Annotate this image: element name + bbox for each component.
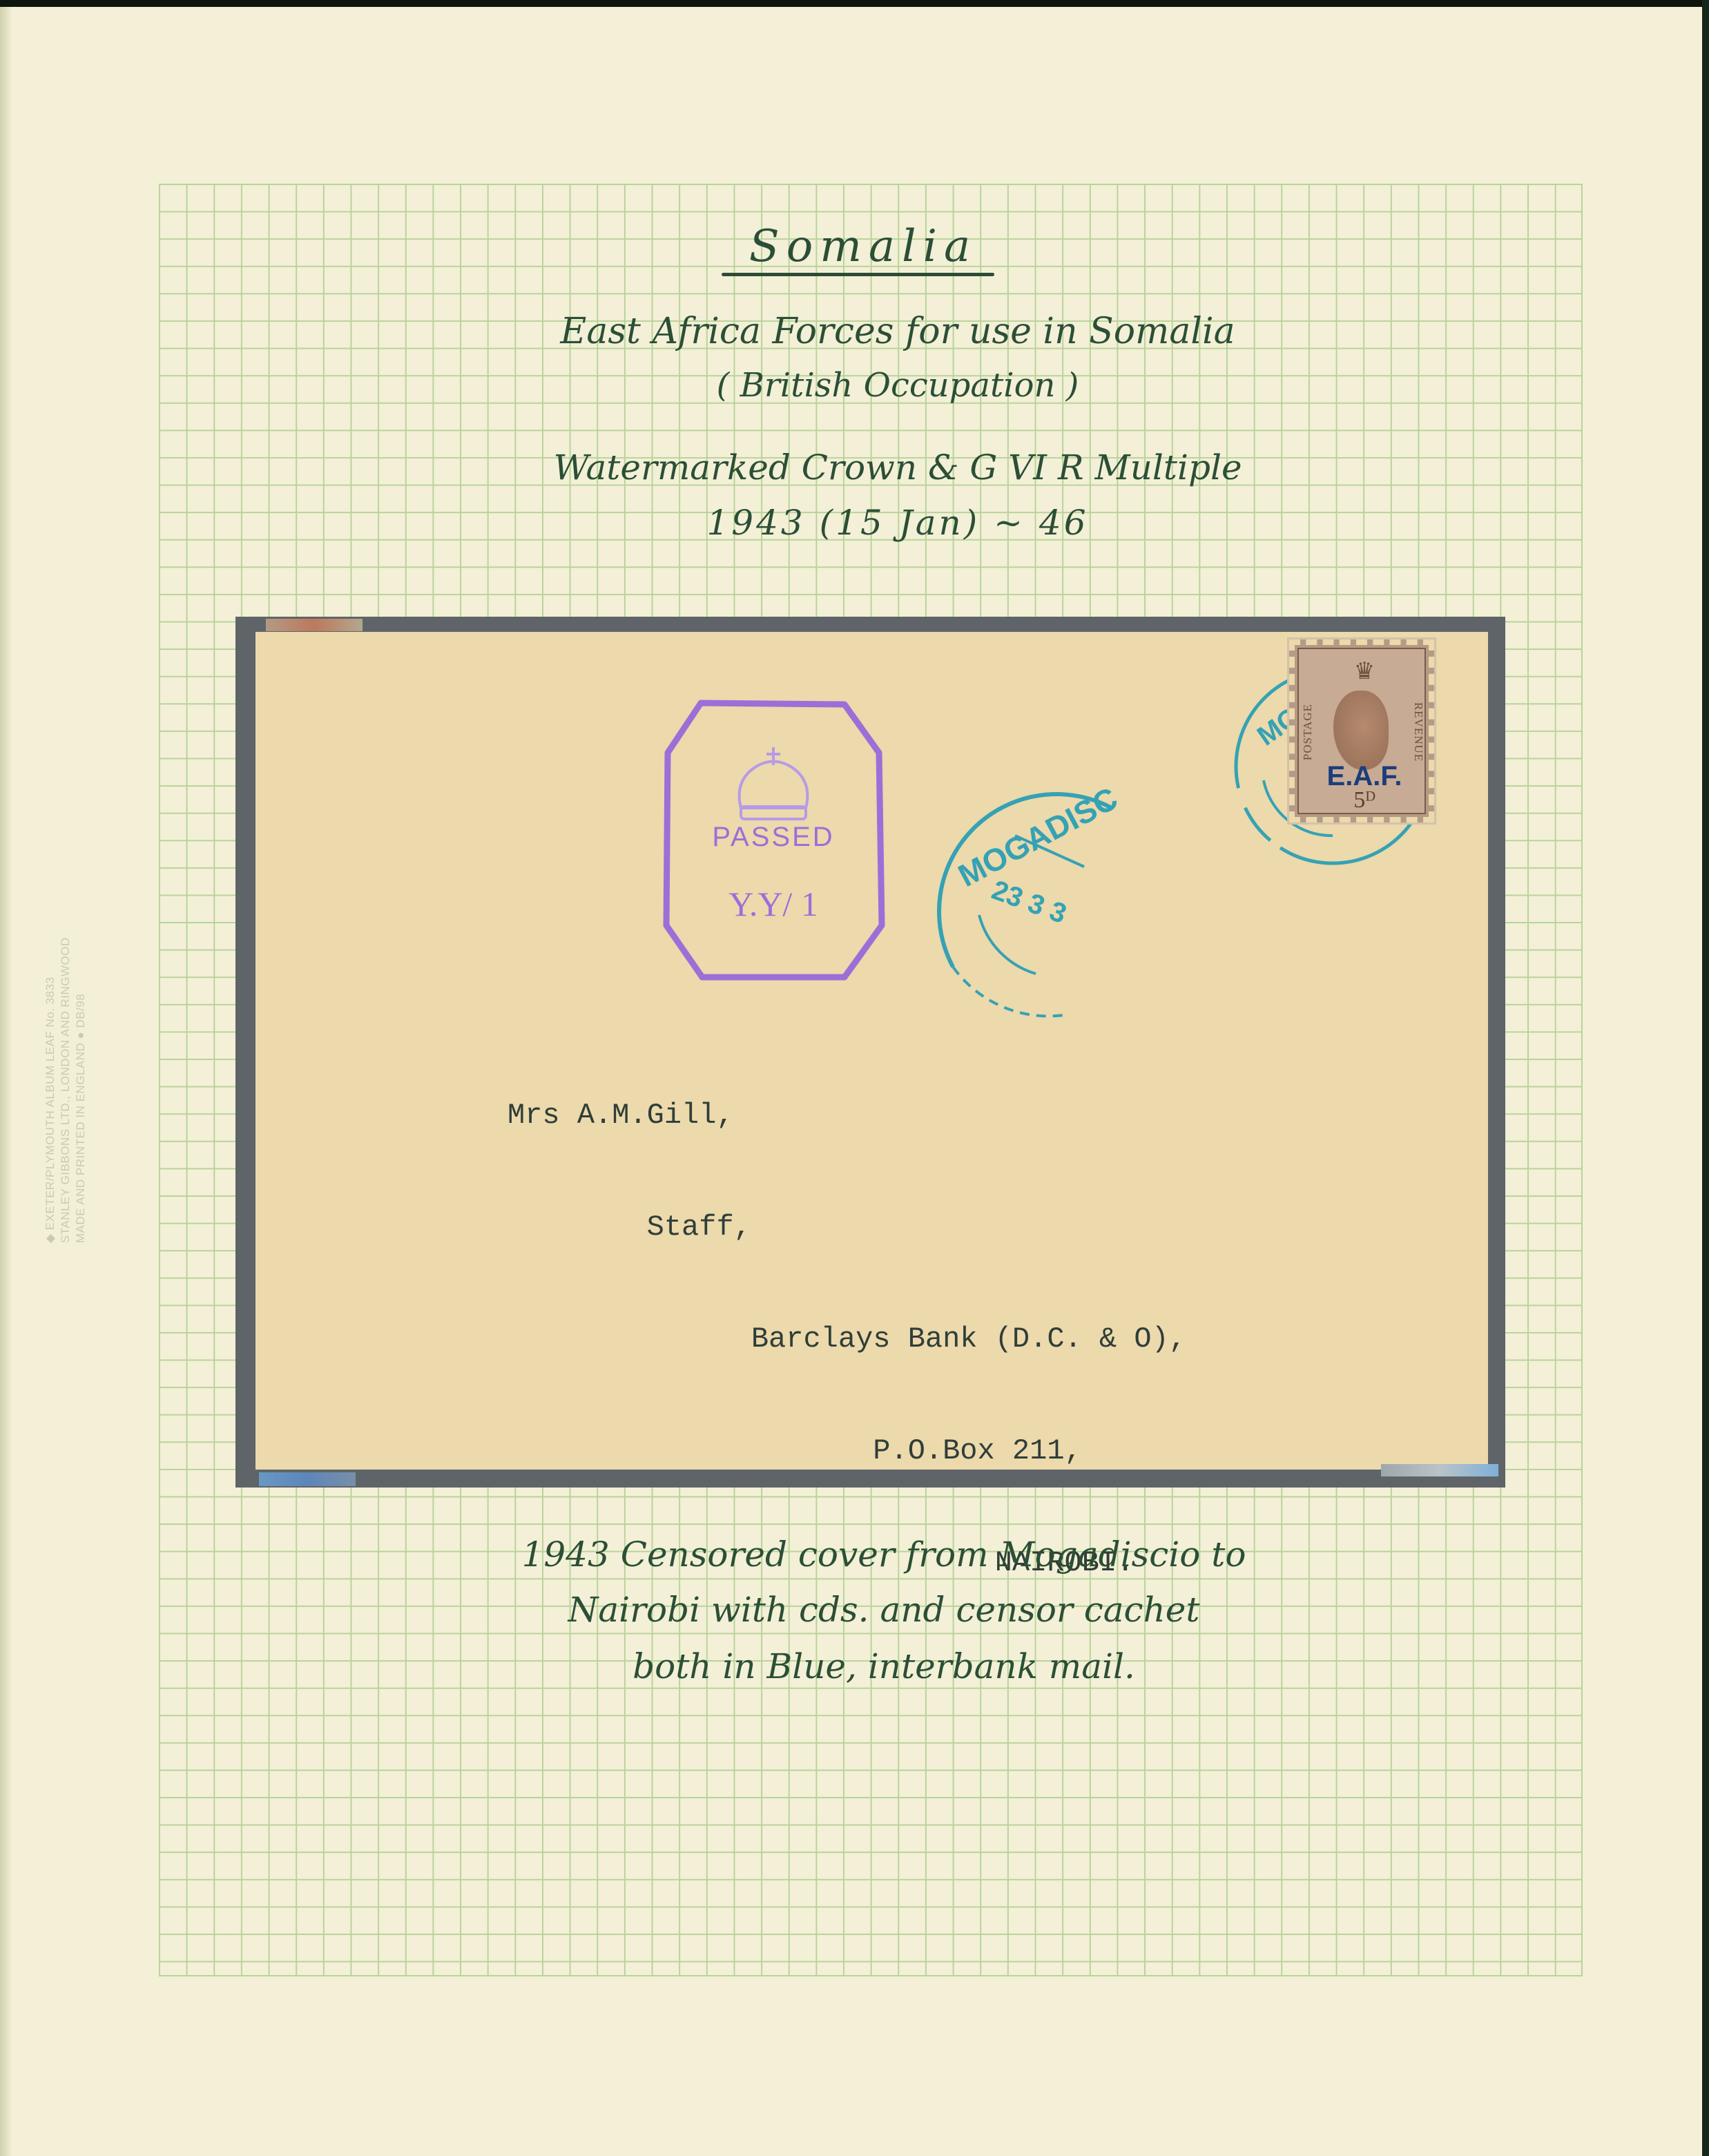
publisher-imprint: ◆ EXETER/PLYMOUTH ALBUM LEAF No. 3833 ST…: [43, 937, 88, 1243]
caption-line: Nairobi with cds. and censor cachet: [359, 1590, 1409, 1630]
scan-top-edge: [0, 0, 1709, 7]
crown-icon: [740, 747, 808, 819]
censor-number: Y.Y/ 1: [659, 884, 887, 924]
caption-line: 1943 Censored cover from Mogadiscio to: [359, 1534, 1409, 1575]
postage-stamp: ♛ POSTAGE REVENUE E.A.F. 5ᴰ: [1289, 639, 1434, 822]
issue-date: 1943 (15 Jan) ~ 46: [414, 503, 1381, 543]
mount-sleeve-reflection: [266, 619, 363, 631]
mount-sleeve-reflection: [1381, 1464, 1498, 1476]
passed-label: PASSED: [659, 822, 887, 853]
address-line: P.O.Box 211,: [508, 1432, 1186, 1470]
imprint-line: ◆ EXETER/PLYMOUTH ALBUM LEAF No. 3833: [43, 937, 58, 1243]
imprint-line: STANLEY GIBBONS LTD., LONDON AND RINGWOO…: [58, 937, 73, 1243]
title-underline: [722, 273, 994, 276]
svg-text:23 3 3: 23 3 3: [988, 875, 1071, 930]
stamp-design: ♛ POSTAGE REVENUE E.A.F. 5ᴰ: [1297, 648, 1426, 814]
mount-sleeve-reflection: [259, 1472, 356, 1486]
address-line: Staff,: [508, 1209, 1186, 1246]
watermark-description: Watermarked Crown & G VI R Multiple: [414, 447, 1381, 488]
crown-icon: ♛: [1347, 657, 1382, 685]
stamp-side-text: REVENUE: [1411, 702, 1425, 762]
recipient-address: Mrs A.M.Gill, Staff, Barclays Bank (D.C.…: [508, 1022, 1186, 1619]
king-portrait: [1333, 691, 1389, 770]
mogadiscio-postmark: MOGADISC 23 3 3: [925, 787, 1188, 1022]
caption-line: both in Blue, interbank mail.: [359, 1646, 1409, 1686]
stamp-side-text: POSTAGE: [1301, 704, 1315, 760]
censor-cachet: PASSED Y.Y/ 1: [659, 697, 887, 988]
page-title: Somalia: [691, 221, 1036, 272]
imprint-line: MADE AND PRINTED IN ENGLAND ● DB/98: [73, 937, 88, 1243]
scan-right-edge: [1702, 0, 1709, 2156]
subtitle-line: ( British Occupation ): [414, 366, 1381, 405]
stamp-value: 5ᴰ: [1347, 787, 1382, 814]
address-line: Mrs A.M.Gill,: [508, 1097, 1186, 1134]
album-leaf-spine: [0, 7, 12, 2156]
subtitle-line: East Africa Forces for use in Somalia: [414, 311, 1381, 352]
svg-text:MOGADISC: MOGADISC: [952, 787, 1123, 894]
address-line: Barclays Bank (D.C. & O),: [508, 1320, 1186, 1358]
